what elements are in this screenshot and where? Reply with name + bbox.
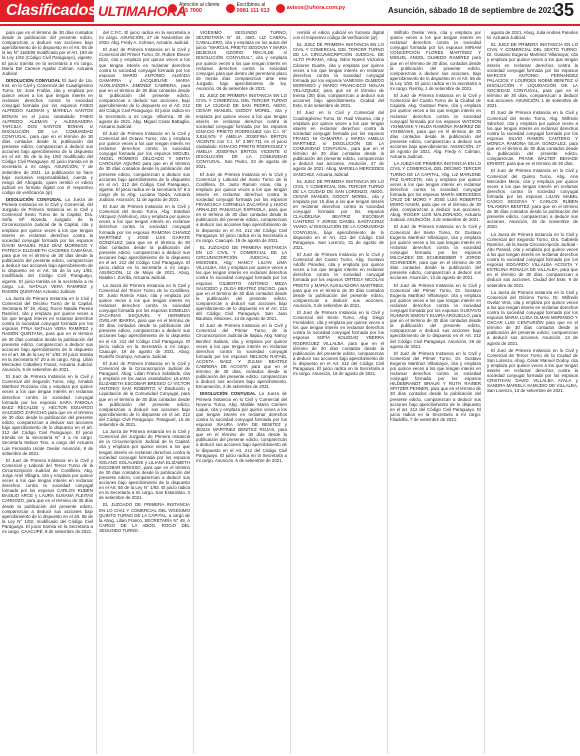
contact-email: avisos@uhora.com.py	[276, 2, 346, 14]
legal-notice: del C.P.C. El juicio radica en la secret…	[99, 30, 190, 45]
legal-notice: EL JUZGADO DE PRIMERA INSTANCIA EN LO CI…	[99, 502, 190, 533]
legal-notice: El Juez de Primera Instancia en lo Civil…	[99, 47, 190, 129]
contact-strip: Atención al cliente415 7000 Escríbinos a…	[168, 2, 345, 14]
legal-notice: agosto de 2021. Abog. Julia Andrea Pared…	[487, 30, 578, 40]
phone-icon	[168, 4, 177, 13]
column-5: Wilfrido Ovelar Vera, cita y emplaza por…	[387, 30, 481, 754]
legal-notice: El Juez de Primera Instancia en lo Civil…	[99, 204, 190, 280]
notice-text: La Jueza de Primera Instancia en lo Civi…	[487, 232, 578, 288]
legal-notice: La Jueza de Primera Instancia en lo Civi…	[2, 296, 93, 372]
legal-notice: El Juez de Primera Instancia en lo Civil…	[487, 348, 578, 394]
notice-text: El Juez de Primera Instancia en lo Civil…	[99, 47, 190, 128]
legal-notice: EL JUEZ DE PRIMERA INSTANCIA EN LO CIVIL…	[293, 179, 384, 250]
notice-text: remitió el edicto judicial en formato di…	[293, 30, 384, 40]
notice-text: EL JUEZ DE PRIMERA INSTANCIA EN LO CIVIL…	[293, 179, 384, 250]
legal-notice: El Juez de Primera Instancia en lo Civil…	[2, 458, 93, 534]
notice-text: LA JUEZA DE PRIMERA INSTANCIA EN LO CIVI…	[390, 161, 481, 222]
email-icon	[276, 4, 285, 13]
legal-notice: El Juez en lo Civil y Comercial del Cuad…	[293, 110, 384, 176]
legal-notice: EL JUEZ DE PRIMERA INSTANCIA EN LO CIVIL…	[196, 93, 287, 169]
notice-text: El Juez en lo Civil y Comercial del Cuad…	[293, 110, 384, 176]
notice-text: El Juez de Primera Instancia en lo Civil…	[293, 310, 384, 376]
notice-text: El Juez de Primera Instancia en lo Civil…	[487, 168, 578, 229]
notice-text: El Juez de Primera Instancia en lo Civil…	[196, 172, 287, 243]
legal-notice: para que en el término de 30 días contad…	[2, 30, 93, 76]
legal-notice: El Juez de Primera Instancia en lo Civil…	[390, 351, 481, 422]
notice-text: El Juez de Primera Instancia en lo Civil…	[99, 131, 190, 202]
notice-text: La Jueza de Primera Instancia en lo Civi…	[196, 391, 287, 462]
notice-text: La Jueza de Primera Instancia en lo Civi…	[487, 290, 578, 346]
notice-text: del C.P.C. El juicio radica en la secret…	[99, 30, 190, 45]
legal-notice: El Juez de Primera Instancia en lo Civil…	[390, 224, 481, 280]
legal-notice: El Juez de Primera Instancia en lo Civil…	[390, 283, 481, 349]
notice-text: El Juez de Primera Instancia en lo Civil…	[390, 351, 481, 422]
notice-text: EL JUZGADO DE PRIMERA INSTANCIA EN LO CI…	[196, 245, 287, 321]
column-3: VIGÉSIMO SEGUNDO TURNO, SECRETARÍA N° 44…	[193, 30, 287, 754]
notice-text: El Juez de Primera Instancia en lo Civil…	[390, 224, 481, 280]
column-2: del C.P.C. El juicio radica en la secret…	[96, 30, 190, 754]
legal-notice: El Juez de Primera Instancia en lo Civil…	[487, 110, 578, 166]
contact-value: avisos@uhora.com.py	[287, 5, 346, 11]
column-1: para que en el término de 30 días contad…	[2, 30, 93, 754]
notice-text: EL JUEZ DE PRIMERA INSTANCIA EN LO CIVIL…	[196, 93, 287, 169]
legal-notice: remitió el edicto judicial en formato di…	[293, 30, 384, 40]
contact-whatsapp: Escríbinos al0981 111 013	[226, 2, 270, 14]
legal-notice: El Juez de Primera Instancia en lo Civil…	[487, 168, 578, 229]
legal-notice: El Juez de Primera Instancia en lo Civil…	[99, 361, 190, 427]
legal-notice: DISOLUCIÓN CONYUGAL La Jueza de Primera …	[2, 197, 93, 294]
page-date: Asunción, sábado 18 de septiembre de 202…	[388, 6, 556, 15]
notice-text: El Juez de Primera Instancia en lo Civil…	[487, 348, 578, 394]
legal-notice: La Jueza de Primera Instancia en lo Civi…	[99, 429, 190, 500]
notice-text: VIGÉSIMO SEGUNDO TURNO, SECRETARÍA N° 44…	[196, 30, 287, 91]
classified-columns: para que en el término de 30 días contad…	[2, 30, 578, 754]
notice-text: La Jueza de Primera Instancia en lo Civi…	[99, 283, 190, 359]
contact-value: 0981 111 013	[237, 8, 270, 14]
notice-text: El Juez de Primera Instancia en lo Civil…	[196, 323, 287, 389]
legal-notice: El Juez de Primera Instancia en lo Civil…	[293, 310, 384, 376]
column-4: remitió el edicto judicial en formato di…	[290, 30, 384, 754]
notice-text: EL JUZGADO DE PRIMERA INSTANCIA EN LO CI…	[99, 502, 190, 532]
notice-text: La Jueza de Primera Instancia en lo Civi…	[2, 197, 93, 294]
legal-notice: El Juez de Primera Instancia en lo Civil…	[196, 323, 287, 389]
legal-notice: VIGÉSIMO SEGUNDO TURNO, SECRETARÍA N° 44…	[196, 30, 287, 91]
notice-text: El Juez de Primera Instancia en lo Civil…	[293, 252, 384, 308]
contact-phone: Atención al cliente415 7000	[168, 2, 220, 14]
legal-notice: EL JUEZ DE PRIMERA INSTANCIA EN LO CIVIL…	[293, 42, 384, 108]
legal-notice: La Jueza de Primera Instancia en lo Civi…	[487, 232, 578, 288]
notice-text: El Juez de Primera Instancia en lo Civil…	[487, 110, 578, 166]
legal-notice: EL JUEZ DE PRIMERA INSTANCIA EN LO CIVIL…	[487, 42, 578, 108]
legal-notice: LA JUEZA DE PRIMERA INSTANCIA EN LO CIVI…	[390, 161, 481, 222]
legal-notice: El Juez de Primera Instancia en lo Civil…	[99, 131, 190, 202]
legal-notice: El Juez de Primera Instancia en lo Civil…	[2, 374, 93, 456]
notice-text: La Jueza de Primera Instancia en lo Civi…	[99, 429, 190, 500]
section-title: Clasificados	[0, 0, 94, 22]
notice-text: El Juez de Primera Instancia en lo Civil…	[390, 283, 481, 349]
legal-notice: EL JUZGADO DE PRIMERA INSTANCIA EN LO CI…	[196, 245, 287, 321]
legal-notice: Wilfrido Ovelar Vera, cita y emplaza por…	[390, 30, 481, 91]
legal-notice: El Juez de Primera Instancia en lo Civil…	[196, 172, 287, 243]
notice-text: Wilfrido Ovelar Vera, cita y emplaza por…	[390, 30, 481, 91]
legal-notice: La Jueza de Primera Instancia en lo Civi…	[487, 290, 578, 346]
page-header: Clasificados ULTIMAHORA Atención al clie…	[0, 0, 580, 30]
header-divider	[0, 24, 580, 26]
notice-text: El Juez de Primera Instancia en lo Civil…	[390, 93, 481, 159]
notice-text: El Juez de Primera Instancia en lo Civil…	[2, 374, 93, 455]
column-6: agosto de 2021. Abog. Julia Andrea Pared…	[484, 30, 578, 754]
notice-text: agosto de 2021. Abog. Julia Andrea Pared…	[487, 30, 578, 40]
page-number: 35	[554, 0, 574, 21]
legal-notice: DISOLUCIÓN CONYUGAL La Jueza de Primera …	[196, 391, 287, 462]
contact-value: 415 7000	[179, 8, 220, 14]
legal-notice: DISOLUCIÓN CONYUGAL El Juez de 1ra. Inst…	[2, 78, 93, 195]
legal-notice: El Juez de Primera Instancia en lo Civil…	[390, 93, 481, 159]
notice-text: para que en el término de 30 días contad…	[2, 30, 93, 76]
notice-text: El Juez de Primera Instancia en lo Civil…	[2, 458, 93, 534]
notice-text: EL JUEZ DE PRIMERA INSTANCIA EN LO CIVIL…	[487, 42, 578, 108]
whatsapp-icon	[226, 4, 235, 13]
notice-text: El Juez de 1ra. Inst. en lo Civil y Come…	[2, 78, 93, 195]
legal-notice: El Juez de Primera Instancia en lo Civil…	[293, 252, 384, 308]
legal-notice: La Jueza de Primera Instancia en lo Civi…	[99, 283, 190, 359]
newspaper-page: Clasificados ULTIMAHORA Atención al clie…	[0, 0, 580, 756]
notice-text: El Juez de Primera Instancia en lo Civil…	[99, 361, 190, 427]
notice-text: EL JUEZ DE PRIMERA INSTANCIA EN LO CIVIL…	[293, 42, 384, 108]
notice-text: La Jueza de Primera Instancia en lo Civi…	[2, 296, 93, 372]
notice-text: El Juez de Primera Instancia en lo Civil…	[99, 204, 190, 280]
